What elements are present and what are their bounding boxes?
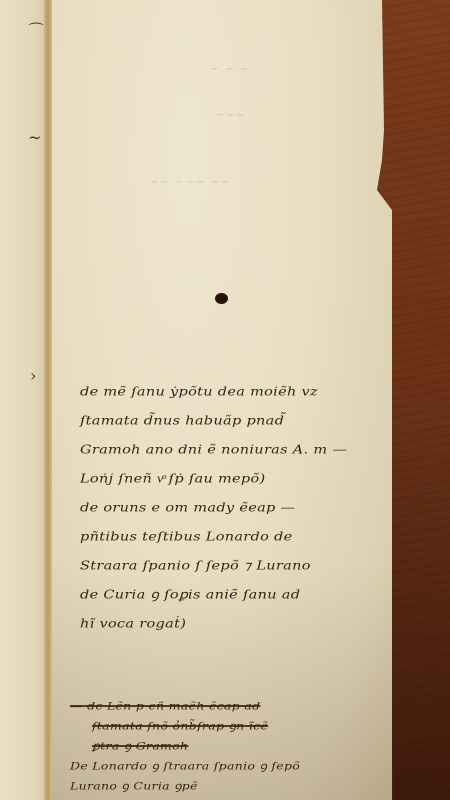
text-line: ſtamata d̃nus habuãp pnad̃ <box>80 409 347 434</box>
text-line: de oruns e om mady ẽeap — <box>80 496 347 521</box>
left-facing-leaf <box>0 0 48 800</box>
text-line: Straara ſpanio ſ ſepõ ⁊ Lurano <box>80 554 347 579</box>
bleedthrough-text: ~ ~ ~ <box>210 62 250 75</box>
text-line: pñtibus teſtibus Lonardo de <box>80 525 347 550</box>
text-line: Loṅj ſneñ vͦ ſṗ ſau mepõ) <box>80 467 347 492</box>
struck-text-line: ꝑtra ꝯ Gramoh <box>70 738 300 755</box>
worm-hole <box>215 293 228 304</box>
margin-mark: › <box>30 366 36 385</box>
lower-text-block: — dc Lẽn p eñ maẽh ẽcap ad ſtamata ſnõ ỏ… <box>70 696 300 796</box>
struck-text-line: — dc Lẽn p eñ maẽh ẽcap ad <box>70 698 300 715</box>
margin-mark: ⌒ <box>28 18 44 41</box>
text-line: de mẽ ſanu ẏpõtu dea moiẽh vz <box>80 380 347 405</box>
main-text-block: de mẽ ſanu ẏpõtu dea moiẽh vz ſtamata d̃… <box>80 378 347 639</box>
binding-gutter <box>44 0 53 800</box>
text-line: Gramoh ano dni ẽ noniuras A. m — <box>80 438 347 463</box>
manuscript-photo: ⌒ ~ › ~ ~ ~ ~~~ ~~ ~~~ ~~ de mẽ ſanu ẏpõ… <box>0 0 450 800</box>
margin-mark: ~ <box>28 128 41 147</box>
struck-text-line: ſtamata ſnõ ỏnb̃ſrap ꝯn ĩcẽ <box>70 718 300 735</box>
text-line: de Curia ꝯ ſoꝑis aniẽ ſanu ad <box>80 583 347 608</box>
bleedthrough-text: ~~~ <box>215 108 246 121</box>
text-line: hĩ voca rogaṫ) <box>80 612 347 637</box>
text-line: Lurano ꝯ Curia ꝯpẽ <box>70 778 300 795</box>
text-line: De Lonardo ꝯ ſtraara ſpanio ꝯ ſepõ <box>70 758 300 775</box>
bleedthrough-text: ~~ ~~~ ~~ <box>150 175 231 188</box>
